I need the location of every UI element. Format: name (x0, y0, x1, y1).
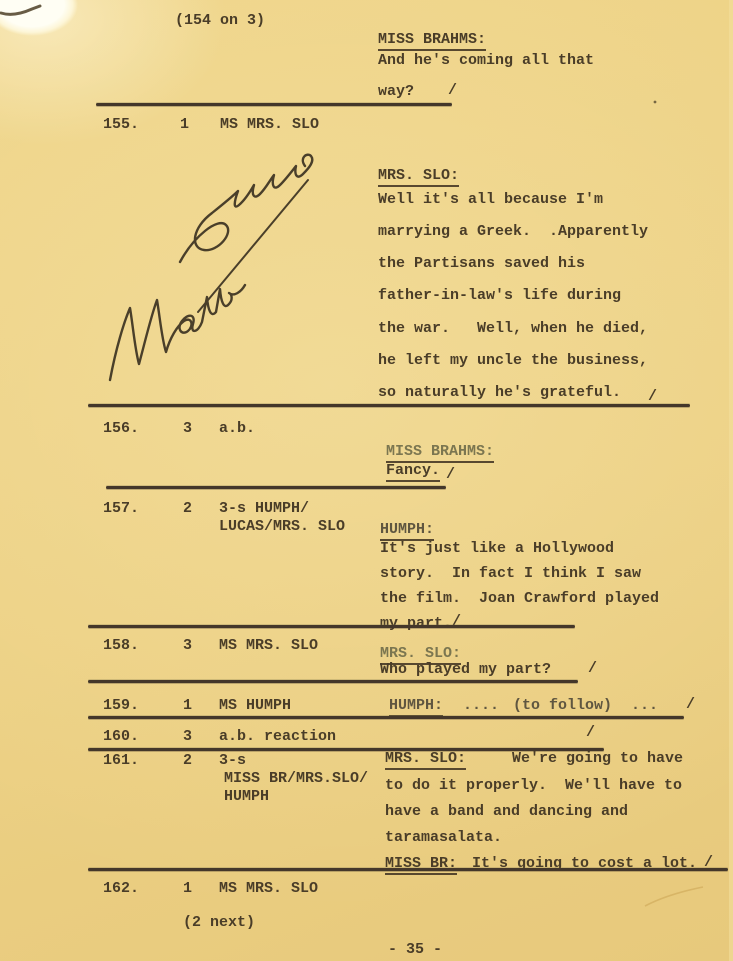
dialogue-155-line-4: father-in-law's life during (378, 287, 621, 304)
cut-slash-159: / (686, 696, 695, 713)
dialogue-157-line-4: my part. (380, 615, 452, 632)
page-number: - 35 - (388, 941, 442, 958)
shot-158-number: 158. (103, 637, 139, 654)
cut-slash-155: / (648, 388, 657, 405)
shot-157-position-1: 3-s HUMPH/ (219, 500, 309, 517)
speaker-mrs-slo-155: MRS. SLO: (378, 167, 459, 184)
dialogue-158-line: Who played my part? (380, 661, 551, 678)
shot-158-position: MS MRS. SLO (219, 637, 318, 654)
dialogue-161-line-3: taramasalata. (385, 829, 502, 846)
shot-157-position-2: LUCAS/MRS. SLO (219, 518, 345, 535)
cut-slash-154: / (448, 82, 457, 99)
dialogue-155-line-7: so naturally he's grateful. (378, 384, 621, 401)
dialogue-157-line-2: story. In fact I think I saw (380, 565, 641, 582)
speaker-mrs-slo-161: MRS. SLO: (385, 750, 466, 767)
punch-hole (0, 0, 78, 36)
cut-slash-158: / (588, 660, 597, 677)
continuation-note: (154 on 3) (175, 12, 265, 29)
dialogue-157-line-3: the film. Joan Crawford played (380, 590, 659, 607)
shot-162-number: 162. (103, 880, 139, 897)
cut-slash-160: / (586, 724, 595, 741)
crease-mark (645, 887, 703, 906)
shot-156-number: 156. (103, 420, 139, 437)
shot-159-number: 159. (103, 697, 139, 714)
speaker-humph-159: HUMPH: (389, 697, 443, 714)
shot-159-position: MS HUMPH (219, 697, 291, 714)
shot-157-number: 157. (103, 500, 139, 517)
shot-161-position-1: 3-s (219, 752, 246, 769)
shot-161-camera: 2 (183, 752, 192, 769)
dialogue-161-line-2: have a band and dancing and (385, 803, 628, 820)
speaker-miss-brahms-156: MISS BRAHMS: (386, 443, 494, 460)
signature-mollie-stroke (110, 285, 245, 380)
dialogue-155-line-2: marrying a Greek. .Apparently (378, 223, 648, 240)
shot-161-position-3: HUMPH (224, 788, 269, 805)
shot-160-camera: 3 (183, 728, 192, 745)
shot-162-camera: 1 (183, 880, 192, 897)
speaker-humph-157: HUMPH: (380, 521, 434, 538)
dialogue-155-line-3: the Partisans saved his (378, 255, 585, 272)
page-edge (729, 0, 733, 961)
shot-155-position: MS MRS. SLO (220, 116, 319, 133)
shot-160-number: 160. (103, 728, 139, 745)
shot-159-camera: 1 (183, 697, 192, 714)
shot-160-position: a.b. reaction (219, 728, 336, 745)
shot-155-number: 155. (103, 116, 139, 133)
shot-157-camera: 2 (183, 500, 192, 517)
cut-slash-156: / (446, 466, 455, 483)
shot-155-camera: 1 (180, 116, 189, 133)
dialogue-154-line-1: And he's coming all that (378, 52, 594, 69)
dialogue-155-line-6: he left my uncle the business, (378, 352, 648, 369)
shot-divider-161 (88, 868, 728, 871)
signature-tail-stroke (198, 180, 308, 312)
dialogue-159-dots-1: .... (463, 697, 499, 714)
dialogue-154-line-2: way? (378, 83, 414, 100)
script-page: (154 on 3) MISS BRAHMS: And he's coming … (0, 0, 733, 961)
dialogue-159-note: (to follow) (513, 697, 612, 714)
dialogue-155-line-5: the war. Well, when he died, (378, 320, 648, 337)
signature-mollie-sugden (80, 140, 360, 405)
shot-162-position: MS MRS. SLO (219, 880, 318, 897)
dialogue-161-line-1: to do it properly. We'll have to (385, 777, 682, 794)
next-page-note: (2 next) (183, 914, 255, 931)
shot-156-position: a.b. (219, 420, 255, 437)
shot-161-position-2: MISS BR/MRS.SLO/ (224, 770, 368, 787)
signature-sugden-stroke (180, 155, 312, 262)
dialogue-161-intro: We're going to have (512, 750, 683, 767)
shot-divider-155 (88, 404, 690, 407)
shot-divider-157 (88, 625, 575, 628)
shot-divider-156 (106, 486, 446, 489)
speaker-miss-brahms-154: MISS BRAHMS: (378, 31, 486, 48)
shot-161-number: 161. (103, 752, 139, 769)
shot-divider-158 (88, 680, 578, 683)
shot-divider-159 (88, 716, 684, 719)
shot-divider-154 (96, 103, 452, 106)
dialogue-155-line-1: Well it's all because I'm (378, 191, 603, 208)
dialogue-157-line-1: It's just like a Hollywood (380, 540, 614, 557)
shot-158-camera: 3 (183, 637, 192, 654)
dialogue-156-line: Fancy. (386, 462, 440, 479)
speaker-mrs-slo-158: MRS. SLO: (380, 645, 461, 662)
ink-speck (654, 101, 657, 104)
shot-156-camera: 3 (183, 420, 192, 437)
dialogue-159-dots-2: ... (631, 697, 658, 714)
